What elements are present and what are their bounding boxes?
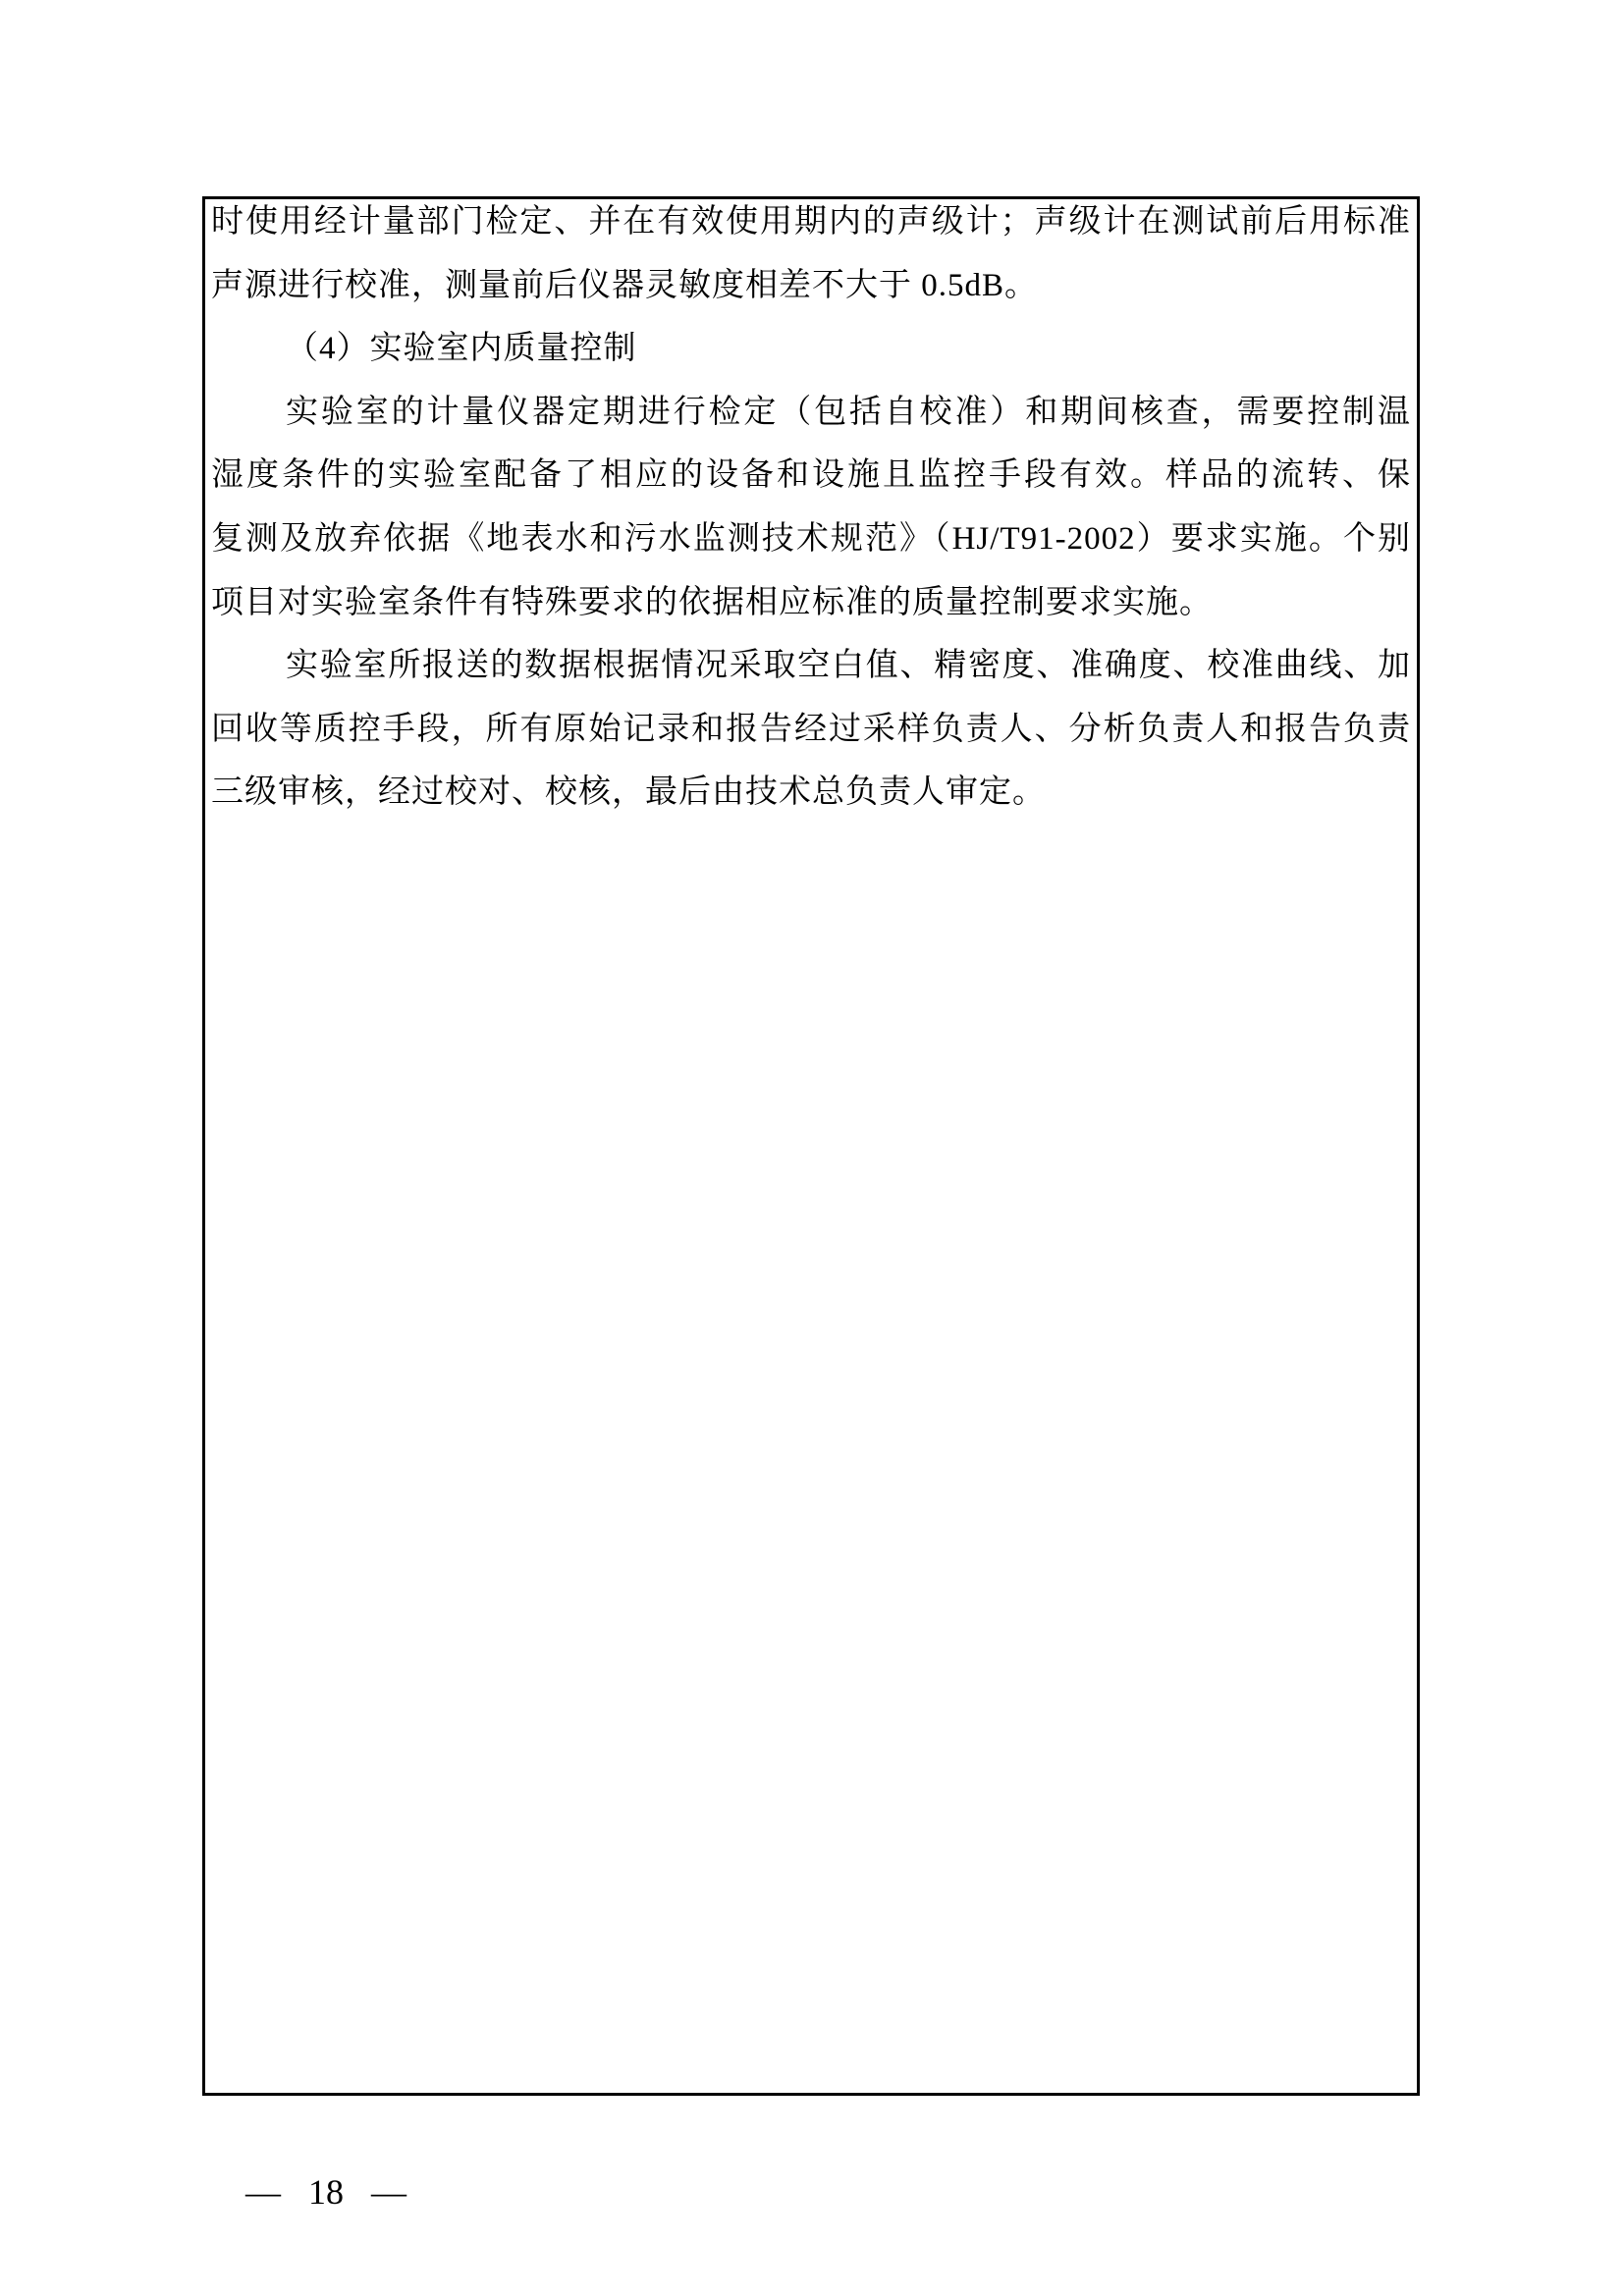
text-line: 时使用经计量部门检定、并在有效使用期内的声级计；声级计在测试前后用标准发: [211, 190, 1411, 254]
text-line: 湿度条件的实验室配备了相应的设备和设施且监控手段有效。样品的流转、保存、: [211, 444, 1411, 507]
footer-dash-left: —: [245, 2168, 281, 2216]
document-page: { "content": { "lines": [ { "text": "时使用…: [0, 0, 1624, 2296]
footer-dash-right: —: [371, 2168, 406, 2216]
document-text: 时使用经计量部门检定、并在有效使用期内的声级计；声级计在测试前后用标准发声源进行…: [211, 190, 1411, 825]
text-line: 项目对实验室条件有特殊要求的依据相应标准的质量控制要求实施。: [211, 571, 1411, 635]
text-line: 实验室所报送的数据根据情况采取空白值、精密度、准确度、校准曲线、加标: [211, 634, 1411, 698]
bordered-text-cell: 时使用经计量部门检定、并在有效使用期内的声级计；声级计在测试前后用标准发声源进行…: [202, 196, 1420, 2096]
text-line: （4）实验室内质量控制: [211, 317, 1411, 381]
text-line: 复测及放弃依据《地表水和污水监测技术规范》（HJ/T91-2002）要求实施。个…: [211, 507, 1411, 571]
page-number: 18: [308, 2168, 344, 2216]
text-line: 声源进行校准，测量前后仪器灵敏度相差不大于 0.5dB。: [211, 254, 1411, 318]
text-line: 实验室的计量仪器定期进行检定（包括自校准）和期间核查，需要控制温度、: [211, 381, 1411, 445]
text-line: 回收等质控手段，所有原始记录和报告经过采样负责人、分析负责人和报告负责人: [211, 698, 1411, 762]
text-line: 三级审核，经过校对、校核，最后由技术总负责人审定。: [211, 761, 1411, 825]
page-footer: — 18 —: [245, 2168, 406, 2216]
